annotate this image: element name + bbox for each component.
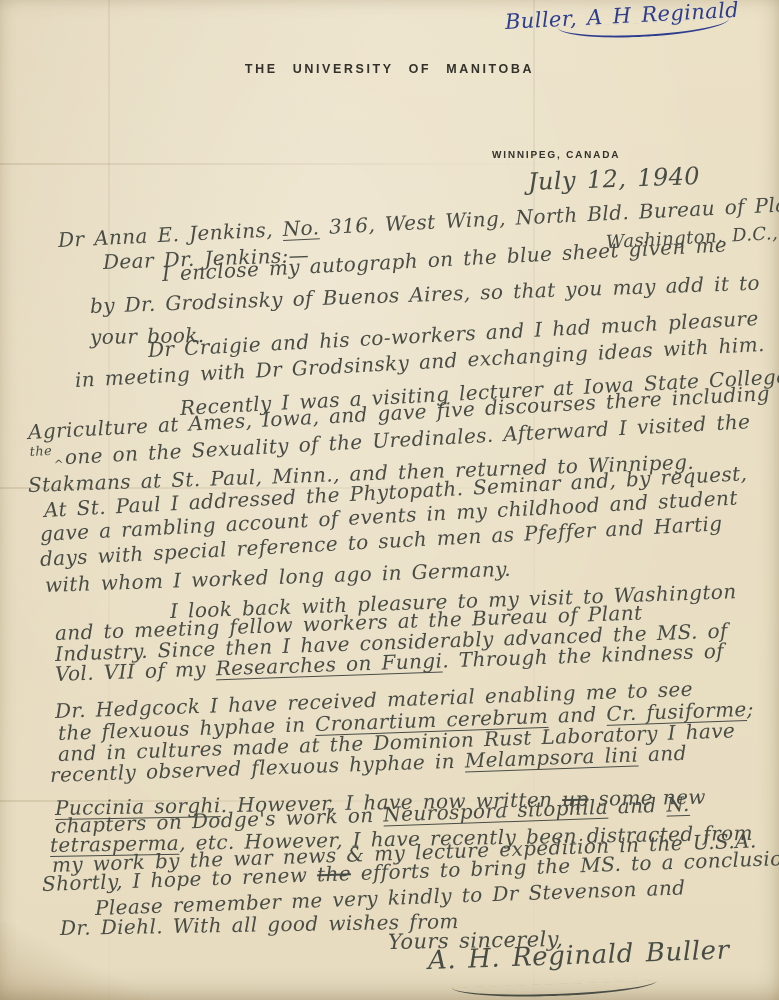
species-name: N. xyxy=(666,792,690,817)
letterhead-university: THE UNIVERSITY OF MANITOBA xyxy=(0,62,779,76)
struck-word: the xyxy=(317,861,352,886)
date-line: July 12, 1940 xyxy=(528,162,701,196)
letter-page: Buller, A H Reginald THE UNIVERSITY OF M… xyxy=(0,0,779,1000)
archival-annotation: Buller, A H Reginald xyxy=(504,0,739,34)
body-line-text: ; xyxy=(746,697,754,721)
letterhead-city: WINNIPEG, CANADA xyxy=(492,150,620,161)
inserted-word: the xyxy=(29,444,52,460)
recipient-number: No. xyxy=(282,215,320,241)
signature-flourish xyxy=(452,980,657,999)
species-name: Melampsora lini xyxy=(464,742,638,772)
caret-mark: ^ xyxy=(53,457,64,472)
body-line-text: Vol. VII of my xyxy=(55,656,217,686)
body-line-text: and xyxy=(638,741,687,767)
body-line-text: and xyxy=(608,793,667,819)
